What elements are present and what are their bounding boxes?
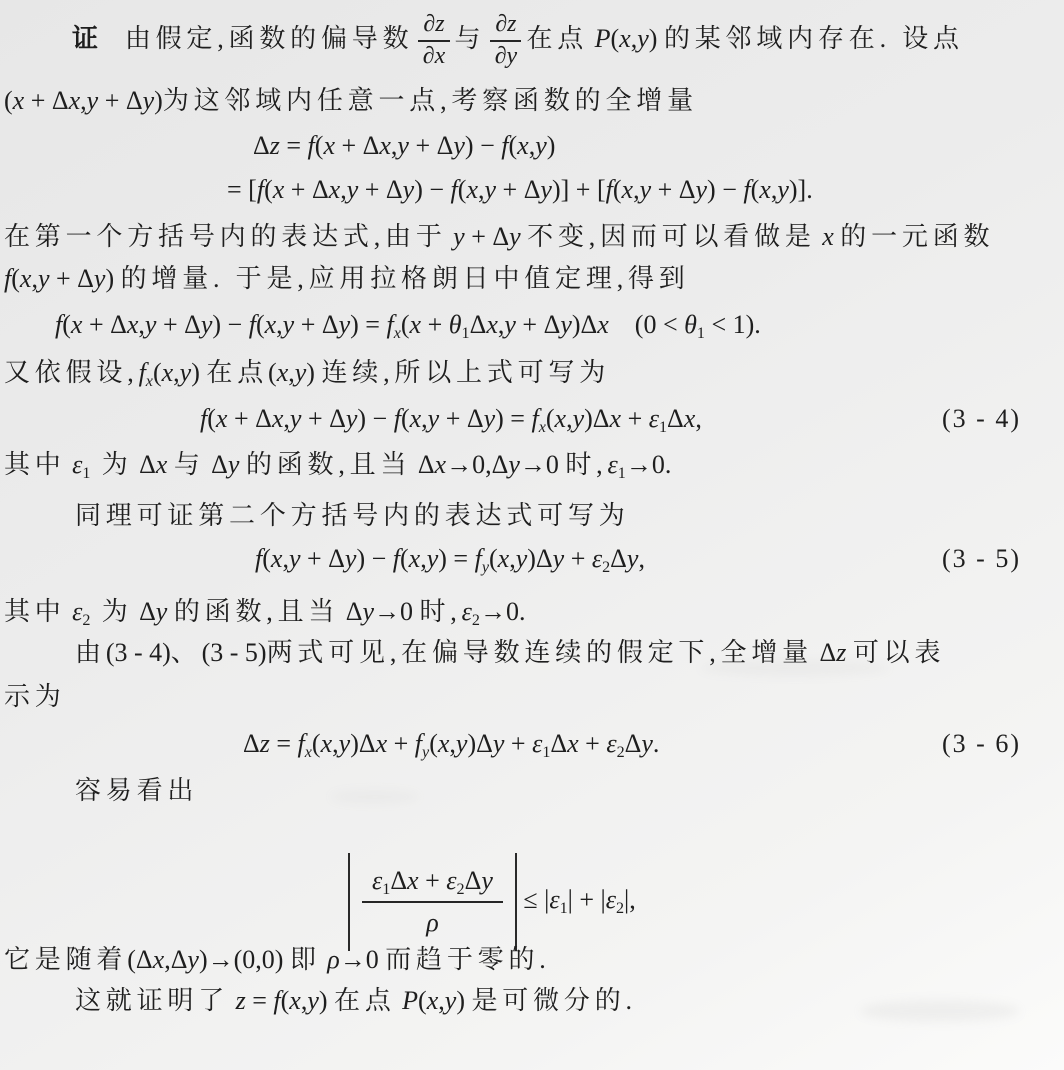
chinese-text: 容易看出 xyxy=(75,776,198,805)
math-upright: + Δ xyxy=(335,131,379,160)
math-italic: x xyxy=(684,404,696,433)
math-upright: ( xyxy=(256,310,265,339)
math-upright: + Δ xyxy=(24,86,68,115)
math-upright: ( xyxy=(508,131,517,160)
math-upright: (Δ xyxy=(127,945,152,974)
math-italic: ε xyxy=(549,885,559,914)
math-italic: x xyxy=(517,131,529,160)
math-upright: Δ xyxy=(667,404,684,433)
subscript: 1 xyxy=(560,900,568,917)
chinese-text: 同理可证第二个方括号内的表达式可写为 xyxy=(75,501,630,530)
math-italic: y xyxy=(346,404,358,433)
math-upright: + Δ xyxy=(50,264,94,293)
math-upright: . xyxy=(653,729,660,758)
math-italic: y xyxy=(283,310,295,339)
math-italic: f xyxy=(273,986,280,1015)
math-upright: + Δ xyxy=(409,131,453,160)
subscript: x xyxy=(146,373,153,390)
chinese-text: 与 xyxy=(174,450,205,479)
subscript: 2 xyxy=(617,744,625,761)
math-italic: f xyxy=(475,544,482,573)
fraction-denominator: ∂y xyxy=(490,42,521,70)
math-upright: ( xyxy=(613,175,622,204)
math-upright: Δ xyxy=(133,450,156,479)
scan-smudge xyxy=(330,790,420,804)
subscript: 1 xyxy=(659,419,667,436)
equation-number: (3 - 4) xyxy=(942,403,1021,436)
math-italic: x xyxy=(153,945,165,974)
math-upright: ( xyxy=(546,404,555,433)
text-line: 它是随着(Δx,Δy)→(0,0) 即 ρ→0 而趋于零的. xyxy=(0,944,1064,977)
math-italic: x xyxy=(273,175,285,204)
math-italic: ε xyxy=(606,729,616,758)
proof-label: 证 xyxy=(72,24,103,53)
math-upright: ( xyxy=(268,358,277,387)
math-italic: x xyxy=(13,86,25,115)
math-upright: + Δ xyxy=(465,222,509,251)
math-upright: | + | xyxy=(568,885,606,914)
math-upright: + Δ xyxy=(156,310,200,339)
math-italic: ∂z xyxy=(423,11,444,37)
math-italic: y xyxy=(481,866,493,895)
math-italic: ε xyxy=(649,404,659,433)
math-italic: y xyxy=(445,986,457,1015)
math-upright: ) − xyxy=(212,310,248,339)
subscript: y xyxy=(422,744,429,761)
math-italic: x xyxy=(323,131,335,160)
math-italic: x xyxy=(567,729,579,758)
subscript: y xyxy=(482,559,489,576)
math-italic: y xyxy=(94,264,106,293)
math-upright: + xyxy=(421,310,449,339)
math-italic: ε xyxy=(72,450,82,479)
chinese-text: 为 xyxy=(90,597,132,626)
math-upright: ( xyxy=(429,729,438,758)
math-italic: ε xyxy=(462,597,472,626)
math-upright: ( xyxy=(281,986,290,1015)
chinese-text: 其中 xyxy=(4,450,66,479)
chinese-text: 在点 xyxy=(526,24,588,53)
math-italic: y xyxy=(187,945,199,974)
math-italic: f xyxy=(531,404,538,433)
math-italic: y xyxy=(87,86,99,115)
math-italic: y xyxy=(201,310,213,339)
math-upright: + xyxy=(621,404,649,433)
math-italic: y xyxy=(143,86,155,115)
math-upright: ) − xyxy=(356,544,392,573)
fraction-denominator: ∂x xyxy=(418,42,449,70)
chinese-text: 它是随着 xyxy=(4,945,127,974)
math-italic: y xyxy=(362,597,374,626)
math-upright: ( xyxy=(751,175,760,204)
math-upright: ) − xyxy=(414,175,450,204)
math-italic: P xyxy=(595,24,611,53)
math-italic: f xyxy=(393,544,400,573)
math-italic: x xyxy=(272,404,284,433)
math-upright: )Δ xyxy=(350,729,375,758)
math-italic: f xyxy=(451,175,458,204)
math-upright: →0 xyxy=(340,945,386,974)
math-upright: + Δ xyxy=(358,175,402,204)
math-upright: = xyxy=(280,131,308,160)
math-italic: x xyxy=(427,986,439,1015)
math-upright: ,Δ xyxy=(164,945,187,974)
math-upright: ) = xyxy=(350,310,386,339)
chinese-text: 、 xyxy=(171,638,202,667)
math-upright: Δ xyxy=(205,450,228,479)
math-italic: x xyxy=(271,544,283,573)
math-italic: x xyxy=(162,358,174,387)
chinese-text: 的某邻域内存在. 设点 xyxy=(664,24,964,53)
fraction: ∂z∂y xyxy=(490,12,521,70)
math-italic: y xyxy=(228,450,240,479)
math-upright: + xyxy=(564,544,592,573)
math-italic: y xyxy=(403,175,415,204)
math-italic: x xyxy=(822,222,834,251)
math-upright: )]. xyxy=(789,175,813,204)
chinese-text: 又依假设, xyxy=(4,358,139,387)
math-upright: = [ xyxy=(227,175,257,204)
chinese-text: 在点 xyxy=(334,986,396,1015)
math-upright: |, xyxy=(624,885,636,914)
math-italic: ρ xyxy=(426,908,438,937)
math-italic: x xyxy=(216,404,228,433)
text-line: f(x,y + Δy) 的增量. 于是,应用拉格朗日中值定理,得到 xyxy=(0,263,1064,296)
math-italic: ε xyxy=(372,866,382,895)
absolute-value-bar xyxy=(348,853,350,951)
math-upright: ( xyxy=(262,544,271,573)
math-italic: y xyxy=(696,175,708,204)
chinese-text: 在点 xyxy=(206,358,268,387)
math-upright: , xyxy=(638,544,645,573)
math-italic: y xyxy=(641,729,653,758)
math-upright: + Δ xyxy=(294,310,338,339)
math-italic: x xyxy=(498,544,510,573)
math-italic: x xyxy=(127,310,139,339)
subscript: 1 xyxy=(462,325,470,342)
math-upright: + Δ xyxy=(516,310,560,339)
math-upright: )→(0,0) xyxy=(199,945,290,974)
math-italic: x xyxy=(265,310,277,339)
math-upright: < 1). xyxy=(705,310,761,339)
text-line: 同理可证第二个方括号内的表达式可写为 xyxy=(0,500,1064,533)
math-italic: x xyxy=(376,729,388,758)
subscript: 2 xyxy=(457,881,465,898)
math-italic: y xyxy=(553,544,565,573)
math-italic: f xyxy=(249,310,256,339)
math-upright: →0 xyxy=(374,597,420,626)
math-italic: y xyxy=(289,544,301,573)
math-italic: x xyxy=(435,450,447,479)
math-italic: f xyxy=(139,358,146,387)
chinese-text: 示为 xyxy=(4,682,66,711)
math-upright: ) xyxy=(105,264,120,293)
math-upright: (3 - 5) xyxy=(202,638,267,667)
math-upright: ) xyxy=(456,986,471,1015)
subscript: x xyxy=(539,419,546,436)
math-upright: = xyxy=(270,729,298,758)
math-upright: Δ xyxy=(465,866,482,895)
math-italic: y xyxy=(637,24,649,53)
math-italic: ∂x xyxy=(423,43,445,69)
math-upright: Δ xyxy=(625,729,642,758)
text-line: 由(3 - 4)、(3 - 5)两式可见,在偏导数连续的假定下,全增量 Δz 可… xyxy=(0,637,1064,670)
math-italic: ∂z xyxy=(495,11,516,37)
scan-smudge xyxy=(700,660,890,676)
chinese-text: 时, xyxy=(565,450,607,479)
subscript: 1 xyxy=(618,465,626,482)
math-italic: y xyxy=(339,729,351,758)
math-italic: x xyxy=(597,310,609,339)
math-italic: f xyxy=(394,404,401,433)
math-italic: f xyxy=(308,131,315,160)
math-italic: ∂y xyxy=(495,43,517,69)
text-line: 证由假定,函数的偏导数∂z∂x与∂z∂y在点 P(x,y) 的某邻域内存在. 设… xyxy=(0,12,1064,70)
chinese-text: 由假定,函数的偏导数 xyxy=(125,24,414,53)
math-upright: →0,Δ xyxy=(446,450,508,479)
math-upright: Δ xyxy=(339,597,362,626)
math-upright: ) xyxy=(547,131,556,160)
formula-line: f(x,y + Δy) − f(x,y) = fy(x,y)Δy + ε2Δy,… xyxy=(0,543,1064,576)
math-italic: y xyxy=(484,175,496,204)
math-italic: x xyxy=(466,175,478,204)
math-upright: ) xyxy=(319,986,334,1015)
math-upright: Δ xyxy=(610,544,627,573)
math-italic: y xyxy=(339,310,351,339)
math-upright: + xyxy=(579,729,607,758)
fraction-denominator: ρ xyxy=(362,903,503,937)
math-italic: x xyxy=(277,358,289,387)
math-upright: →0 xyxy=(520,450,566,479)
math-upright: = xyxy=(246,986,274,1015)
math-italic: ε xyxy=(608,450,618,479)
math-upright: + Δ xyxy=(439,404,483,433)
text-line: 又依假设,fx(x,y) 在点(x,y) 连续,所以上式可写为 xyxy=(0,357,1064,390)
math-italic: y xyxy=(145,310,157,339)
subscript: 1 xyxy=(382,881,390,898)
math-italic: θ xyxy=(449,310,462,339)
math-italic: y xyxy=(180,358,192,387)
math-upright: + xyxy=(387,729,415,758)
math-italic: x xyxy=(410,310,422,339)
formula-line: Δz = f(x + Δx,y + Δy) − f(x,y) xyxy=(0,130,1064,163)
math-italic: x xyxy=(69,86,81,115)
formula-line: = [f(x + Δx,y + Δy) − f(x,y + Δy)] + [f(… xyxy=(0,174,1064,207)
math-upright: Δ xyxy=(133,597,156,626)
math-italic: y xyxy=(453,222,465,251)
math-upright: + Δ xyxy=(496,175,540,204)
math-italic: P xyxy=(402,986,418,1015)
math-upright: ( xyxy=(153,358,162,387)
math-upright: ) − xyxy=(357,404,393,433)
chinese-text: 这就证明了 xyxy=(75,986,229,1015)
fraction-numerator: ε1Δx + ε2Δy xyxy=(362,867,503,903)
chinese-text: 的函数,且当 xyxy=(174,597,339,626)
math-upright: ( xyxy=(11,264,20,293)
math-italic: x xyxy=(619,24,631,53)
subscript: 1 xyxy=(697,325,705,342)
math-italic: y xyxy=(509,222,521,251)
math-upright: ( xyxy=(401,404,410,433)
math-upright: )Δ xyxy=(572,310,597,339)
formula-line: Δz = fx(x,y)Δx + fy(x,y)Δy + ε1Δx + ε2Δy… xyxy=(0,728,1064,761)
math-italic: y xyxy=(290,404,302,433)
math-italic: f xyxy=(386,310,393,339)
math-italic: y xyxy=(640,175,652,204)
math-upright: ( xyxy=(489,544,498,573)
math-upright: ) = xyxy=(438,544,474,573)
math-italic: x xyxy=(759,175,771,204)
math-italic: f xyxy=(743,175,750,204)
chinese-text: 而趋于零的. xyxy=(385,945,550,974)
math-italic: x xyxy=(321,729,333,758)
math-italic: y xyxy=(504,310,516,339)
chinese-text: 的一元函数 xyxy=(840,222,994,251)
math-italic: y xyxy=(397,131,409,160)
math-upright: ( xyxy=(401,310,410,339)
math-italic: x xyxy=(438,729,450,758)
math-upright: , xyxy=(695,404,702,433)
chinese-text: 连续,所以上式可写为 xyxy=(321,358,610,387)
chinese-text: 即 xyxy=(290,945,321,974)
math-italic: f xyxy=(606,175,613,204)
math-italic: y xyxy=(560,310,572,339)
fraction: ε1Δx + ε2Δyρ xyxy=(362,867,503,937)
math-italic: x xyxy=(410,404,422,433)
chinese-text: 时, xyxy=(420,597,462,626)
text-line: 其中 ε2 为 Δy 的函数,且当 Δy→0 时,ε2→0. xyxy=(0,596,1064,629)
math-upright: ) xyxy=(649,24,664,53)
math-italic: y xyxy=(295,358,307,387)
subscript: 2 xyxy=(82,612,90,629)
math-upright: + xyxy=(419,866,447,895)
math-italic: y xyxy=(345,544,357,573)
math-upright: )Δ xyxy=(527,544,552,573)
math-upright: + Δ xyxy=(301,544,345,573)
math-upright: + Δ xyxy=(651,175,695,204)
subscript: 1 xyxy=(82,465,90,482)
math-italic: x xyxy=(379,131,391,160)
text-line: 其中 ε1 为 Δx 与 Δy 的函数,且当 Δx→0,Δy→0 时,ε1→0. xyxy=(0,449,1064,482)
math-upright: + xyxy=(504,729,532,758)
math-italic: y xyxy=(156,597,168,626)
math-upright: + Δ xyxy=(98,86,142,115)
math-italic: y xyxy=(493,729,505,758)
math-italic: ε xyxy=(72,597,82,626)
subscript: 2 xyxy=(602,559,610,576)
math-italic: x xyxy=(71,310,83,339)
math-upright: Δ xyxy=(470,310,487,339)
math-upright: ) − xyxy=(465,131,501,160)
text-line: (x + Δx,y + Δy)为这邻域内任意一点,考察函数的全增量 xyxy=(0,85,1064,118)
chinese-text: 为这邻域内任意一点,考察函数的全增量 xyxy=(163,86,698,115)
math-italic: z xyxy=(260,729,270,758)
math-upright: ( xyxy=(400,544,409,573)
math-italic: x xyxy=(610,404,622,433)
subscript: x xyxy=(305,744,312,761)
math-italic: y xyxy=(573,404,585,433)
math-upright: + Δ xyxy=(301,404,345,433)
fraction-numerator: ∂z xyxy=(418,12,449,42)
math-italic: x xyxy=(329,175,341,204)
math-italic: f xyxy=(415,729,422,758)
math-upright: Δ xyxy=(253,131,270,160)
math-upright: (3 - 4) xyxy=(106,638,171,667)
math-upright: )] + [ xyxy=(552,175,606,204)
text-line: 容易看出 xyxy=(0,775,1064,808)
math-italic: x xyxy=(622,175,634,204)
page: 证由假定,函数的偏导数∂z∂x与∂z∂y在点 P(x,y) 的某邻域内存在. 设… xyxy=(0,0,1064,1070)
formula-line: f(x + Δx,y + Δy) − f(x,y + Δy) = fx(x,y)… xyxy=(0,403,1064,436)
chinese-text: 其中 xyxy=(4,597,66,626)
math-upright: ( xyxy=(207,404,216,433)
math-upright: ) xyxy=(154,86,163,115)
chinese-text: 的增量. 于是,应用拉格朗日中值定理,得到 xyxy=(121,264,690,293)
math-upright: + Δ xyxy=(284,175,328,204)
math-upright: Δ xyxy=(390,866,407,895)
math-italic: y xyxy=(428,404,440,433)
math-upright: ( xyxy=(4,86,13,115)
equation-number: (3 - 5) xyxy=(942,543,1021,576)
math-upright: ≤ | xyxy=(517,885,549,914)
math-upright: )Δ xyxy=(584,404,609,433)
chinese-text: 是可微分的. xyxy=(471,986,636,1015)
math-italic: ε xyxy=(592,544,602,573)
subscript: 2 xyxy=(472,612,480,629)
formula-line: f(x + Δx,y + Δy) − f(x,y + Δy) = fx(x + … xyxy=(0,309,1064,342)
math-upright: ( xyxy=(418,986,427,1015)
math-italic: x xyxy=(20,264,32,293)
math-italic: y xyxy=(456,729,468,758)
chinese-text: 的函数,且当 xyxy=(246,450,411,479)
fraction-numerator: ∂z xyxy=(490,12,521,42)
math-upright: Δ xyxy=(243,729,260,758)
math-upright: →0. xyxy=(480,597,526,626)
math-italic: x xyxy=(486,310,498,339)
math-italic: ε xyxy=(606,885,616,914)
math-upright: ) xyxy=(306,358,321,387)
math-italic: y xyxy=(484,404,496,433)
math-italic: x xyxy=(555,404,567,433)
formula-line: ε1Δx + ε2Δyρ ≤ |ε1| + |ε2|, xyxy=(0,853,1064,951)
math-italic: x xyxy=(409,544,421,573)
math-upright: →0. xyxy=(626,450,672,479)
math-italic: y xyxy=(38,264,50,293)
math-italic: y xyxy=(516,544,528,573)
math-italic: y xyxy=(307,986,319,1015)
math-italic: ε xyxy=(446,866,456,895)
math-italic: f xyxy=(257,175,264,204)
math-italic: y xyxy=(777,175,789,204)
equation-number: (3 - 6) xyxy=(942,728,1021,761)
subscript: 2 xyxy=(616,900,624,917)
math-upright: + Δ xyxy=(82,310,126,339)
math-italic: y xyxy=(347,175,359,204)
math-italic: z xyxy=(270,131,280,160)
math-italic: y xyxy=(427,544,439,573)
chinese-text: 不变,因而可以看做是 xyxy=(527,222,816,251)
math-upright: ( xyxy=(611,24,620,53)
scan-smudge xyxy=(860,1000,1020,1022)
math-italic: x xyxy=(156,450,168,479)
math-italic: y xyxy=(508,450,520,479)
math-upright: (0 < xyxy=(635,310,684,339)
subscript: x xyxy=(394,325,401,342)
math-upright: ) − xyxy=(707,175,743,204)
chinese-text: 为 xyxy=(90,450,132,479)
math-upright: )Δ xyxy=(467,729,492,758)
text-line: 在第一个方括号内的表达式,由于 y + Δy 不变,因而可以看做是 x 的一元函… xyxy=(0,221,1064,254)
